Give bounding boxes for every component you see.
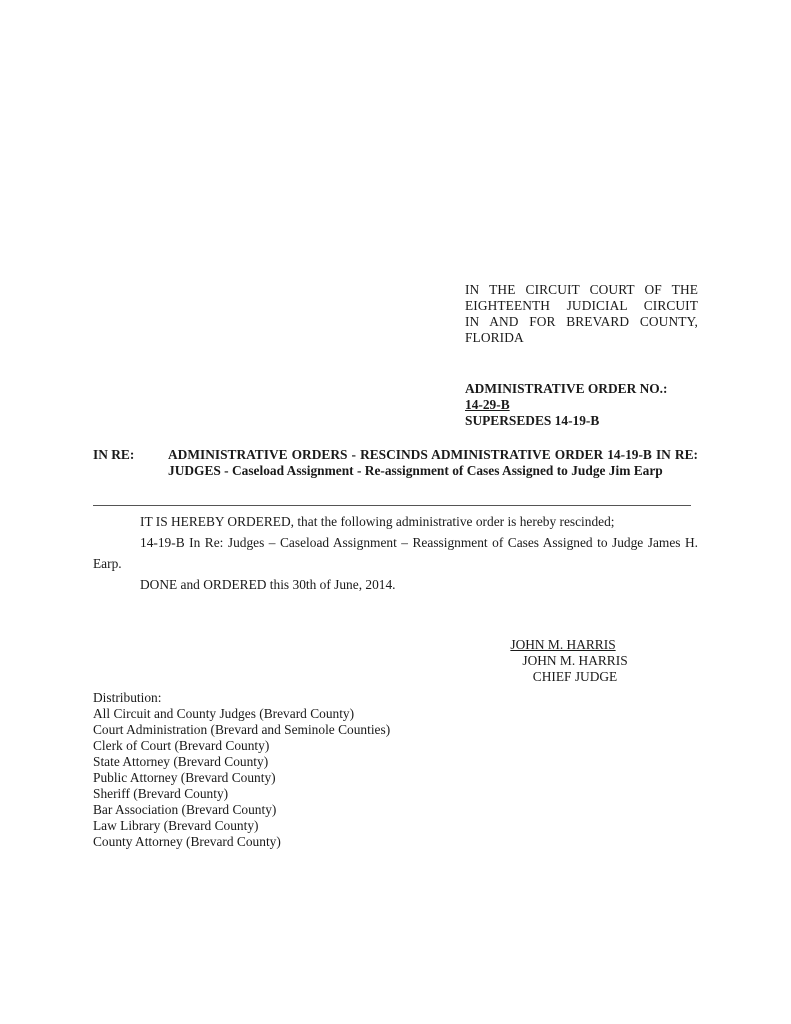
done-and-ordered-paragraph: DONE and ORDERED this 30th of June, 2014… xyxy=(93,574,698,595)
distribution-list: Distribution: All Circuit and County Jud… xyxy=(93,690,390,850)
in-re-subject: ADMINISTRATIVE ORDERS - RESCINDS ADMINIS… xyxy=(168,447,698,479)
order-paragraph: IT IS HEREBY ORDERED, that the following… xyxy=(93,511,698,532)
distribution-heading: Distribution: xyxy=(93,690,390,706)
order-body: IT IS HEREBY ORDERED, that the following… xyxy=(93,511,698,595)
order-number: 14-29-B xyxy=(465,397,668,413)
signature-block: JOHN M. HARRIS JOHN M. HARRIS CHIEF JUDG… xyxy=(500,637,650,685)
signature-line: JOHN M. HARRIS xyxy=(476,637,650,653)
order-number-block: ADMINISTRATIVE ORDER NO.: 14-29-B SUPERS… xyxy=(465,381,668,429)
supersedes-note: SUPERSEDES 14-19-B xyxy=(465,413,668,429)
distribution-item: All Circuit and County Judges (Brevard C… xyxy=(93,706,390,722)
distribution-item: Bar Association (Brevard County) xyxy=(93,802,390,818)
distribution-item: State Attorney (Brevard County) xyxy=(93,754,390,770)
caption-line: EIGHTEENTH JUDICIAL CIRCUIT xyxy=(465,298,698,314)
caption-line: IN AND FOR BREVARD COUNTY, xyxy=(465,314,698,330)
signer-title: CHIEF JUDGE xyxy=(500,669,650,685)
caption-line: IN THE CIRCUIT COURT OF THE xyxy=(465,282,698,298)
distribution-item: Clerk of Court (Brevard County) xyxy=(93,738,390,754)
distribution-item: County Attorney (Brevard County) xyxy=(93,834,390,850)
distribution-item: Public Attorney (Brevard County) xyxy=(93,770,390,786)
distribution-item: Sheriff (Brevard County) xyxy=(93,786,390,802)
divider-rule xyxy=(93,505,691,506)
order-label: ADMINISTRATIVE ORDER NO.: xyxy=(465,381,668,397)
rescinded-order-paragraph: 14-19-B In Re: Judges – Caseload Assignm… xyxy=(93,532,698,574)
court-caption: IN THE CIRCUIT COURT OF THE EIGHTEENTH J… xyxy=(465,282,698,346)
caption-line: FLORIDA xyxy=(465,330,698,346)
in-re-label: IN RE: xyxy=(93,447,134,463)
printed-name: JOHN M. HARRIS xyxy=(500,653,650,669)
distribution-item: Law Library (Brevard County) xyxy=(93,818,390,834)
distribution-item: Court Administration (Brevard and Semino… xyxy=(93,722,390,738)
